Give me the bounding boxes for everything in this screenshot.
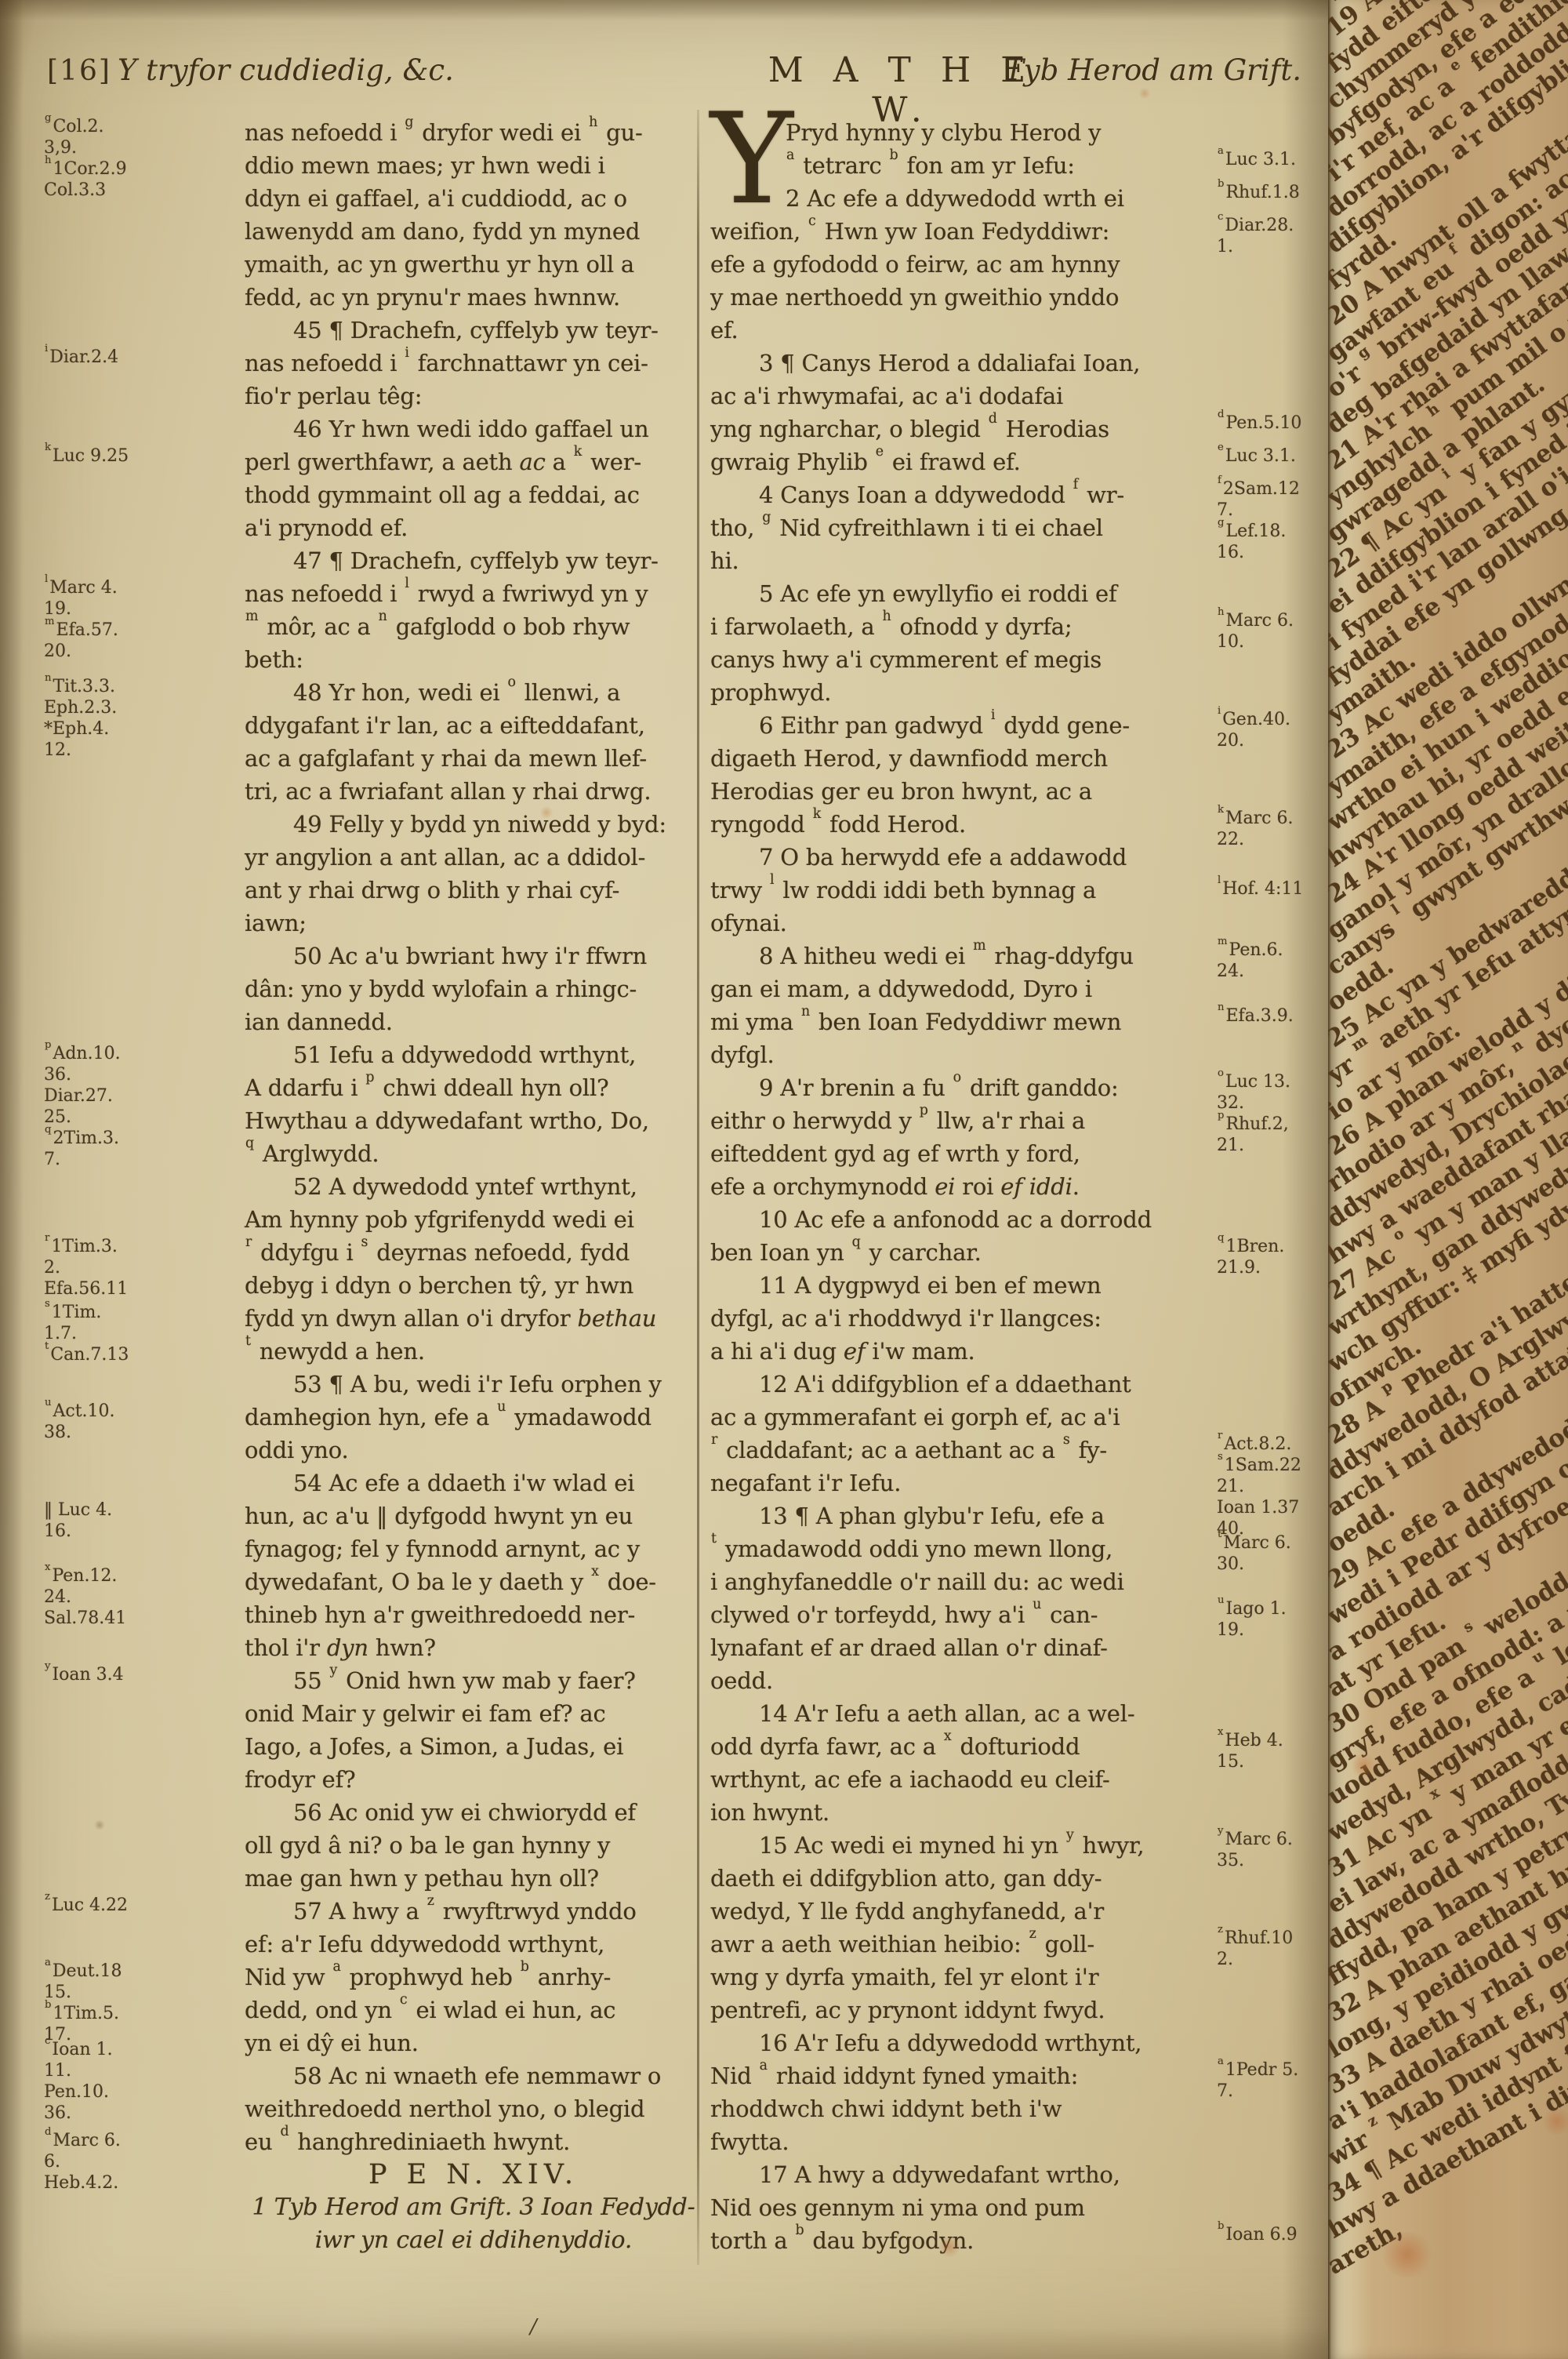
text-line: 10 Ac efe a anfonodd ac a dorrodd bbox=[710, 1203, 1207, 1236]
text-line: ymaith, ac yn gwerthu yr hyn oll a bbox=[245, 248, 702, 281]
right-text-column: YPryd hynny y clybu Herod ya tetrarc b f… bbox=[710, 116, 1207, 2257]
text-line: thol i'r dyn hwn? bbox=[245, 1631, 702, 1664]
text-line: 52 A dywedodd yntef wrthynt, bbox=[245, 1170, 702, 1203]
margin-note: iDiar.2.4 bbox=[44, 347, 118, 368]
text-line: 8 A hitheu wedi ei m rhag-ddyfgu bbox=[710, 940, 1207, 972]
text-line: canys hwy a'i cymmerent ef megis bbox=[710, 643, 1207, 676]
margin-note: r1Tim.3.2.Efa.56.11 bbox=[44, 1236, 128, 1299]
margin-note: lMarc 4.19.mEfa.57.20. bbox=[44, 577, 118, 662]
text-line: hun, ac a'u ‖ dyfgodd hwynt yn eu bbox=[245, 1499, 702, 1532]
text-line: ofynai. bbox=[710, 907, 1207, 940]
text-line: 55 y Onid hwn yw mab y faer? bbox=[245, 1664, 702, 1697]
book-page-scan: [16] Y tryfor cuddiedig, &c. M A T H E W… bbox=[0, 0, 1568, 2359]
text-line: pentrefi, ac y prynont iddynt fwyd. bbox=[710, 1994, 1207, 2026]
text-line: 54 Ac efe a ddaeth i'w wlad ei bbox=[245, 1467, 702, 1499]
text-line: beth: bbox=[245, 643, 702, 676]
margin-note: zLuc 4.22 bbox=[44, 1895, 128, 1916]
margin-note: dMarc 6.6.Heb.4.2. bbox=[44, 2130, 121, 2194]
text-line: fwytta. bbox=[710, 2125, 1207, 2158]
text-line: P E N. XIV. bbox=[245, 2158, 702, 2191]
margin-note: oLuc 13.32.pRhuf.2,21. bbox=[1217, 1071, 1290, 1156]
text-line: fedd, ac yn prynu'r maes hwnnw. bbox=[245, 281, 702, 314]
text-line: oll gyd â ni? o ba le gan hynny y bbox=[245, 1829, 702, 1862]
text-line: Am hynny pob yfgrifenydd wedi ei bbox=[245, 1203, 702, 1236]
text-line: 17 A hwy a ddywedafant wrtho, bbox=[710, 2158, 1207, 2191]
text-line: 16 A'r Iefu a ddywedodd wrthynt, bbox=[710, 2026, 1207, 2059]
text-line: q Arglwydd. bbox=[245, 1137, 702, 1170]
text-line: ef: a'r Iefu ddywedodd wrthynt, bbox=[245, 1928, 702, 1961]
text-line: 48 Yr hon, wedi ei o llenwi, a bbox=[245, 676, 702, 709]
text-line: fynagog; fel y fynnodd arnynt, ac y bbox=[245, 1532, 702, 1565]
text-line: eithr o herwydd y p llw, a'r rhai a bbox=[710, 1104, 1207, 1137]
text-line: 58 Ac ni wnaeth efe nemmawr o bbox=[245, 2059, 702, 2092]
text-line: frodyr ef? bbox=[245, 1763, 702, 1796]
text-line: i farwolaeth, a h ofnodd y dyrfa; bbox=[710, 610, 1207, 643]
page-crease-shadow bbox=[1283, 0, 1328, 2359]
text-line: 3 ¶ Canys Herod a ddaliafai Ioan, bbox=[710, 347, 1207, 380]
text-line: ef. bbox=[710, 314, 1207, 347]
text-line: iawn; bbox=[245, 907, 702, 940]
text-line: 6 Eithr pan gadwyd i dydd gene- bbox=[710, 709, 1207, 742]
text-line: dyfgl. bbox=[710, 1038, 1207, 1071]
text-line: Nid a rhaid iddynt fyned ymaith: bbox=[710, 2059, 1207, 2092]
text-line: weithredoedd nerthol yno, o blegid bbox=[245, 2092, 702, 2125]
margin-note: aDeut.1815.b1Tim.5.17. bbox=[44, 1961, 122, 2045]
text-line: oedd. bbox=[710, 1664, 1207, 1697]
text-line: Nid oes gennym ni yma ond pum bbox=[710, 2191, 1207, 2224]
text-line: lawenydd am dano, fydd yn myned bbox=[245, 215, 702, 248]
text-line: 15 Ac wedi ei myned hi yn y hwyr, bbox=[710, 1829, 1207, 1862]
margin-note: cIoan 1.11.Pen.10.36. bbox=[44, 2039, 113, 2124]
text-line: dyfgl, ac a'i rhoddwyd i'r llangces: bbox=[710, 1302, 1207, 1335]
text-line: 50 Ac a'u bwriant hwy i'r ffwrn bbox=[245, 940, 702, 972]
text-line: perl gwerthfawr, a aeth ac a k wer- bbox=[245, 445, 702, 478]
text-line: a tetrarc b fon am yr Iefu: bbox=[710, 149, 1207, 182]
text-line: t newydd a hen. bbox=[245, 1335, 702, 1368]
text-line: efe a gyfododd o feirw, ac am hynny bbox=[710, 248, 1207, 281]
text-line: nas nefoedd i i farchnattawr yn cei- bbox=[245, 347, 702, 380]
text-line: 12 A'i ddifgyblion ef a ddaethant bbox=[710, 1368, 1207, 1401]
page-left-shadow bbox=[0, 0, 24, 2359]
text-line: 57 A hwy a z rwyftrwyd ynddo bbox=[245, 1895, 702, 1928]
margin-note: yIoan 3.4 bbox=[44, 1664, 124, 1685]
text-line: 2 Ac efe a ddywedodd wrth ei bbox=[710, 182, 1207, 215]
curled-next-page-edge: hwynt yma c i mi.19 Ac wedi gorchymynfyd… bbox=[1328, 0, 1568, 2359]
text-line: damhegion hyn, efe a u ymadawodd bbox=[245, 1401, 702, 1434]
margin-note: xHeb 4.15. bbox=[1217, 1730, 1283, 1772]
text-line: t ymadawodd oddi yno mewn llong, bbox=[710, 1532, 1207, 1565]
text-line: efe a orchymynodd ei roi ef iddi. bbox=[710, 1170, 1207, 1203]
text-line: r ddyfgu i s deyrnas nefoedd, fydd bbox=[245, 1236, 702, 1269]
text-line: thineb hyn a'r gweithredoedd ner- bbox=[245, 1598, 702, 1631]
text-line: wedyd, Y lle fydd anghyfanedd, a'r bbox=[710, 1895, 1207, 1928]
text-line: odd dyrfa fawr, ac a x dofturiodd bbox=[710, 1730, 1207, 1763]
text-line: eifteddent gyd ag ef wrth y ford, bbox=[710, 1137, 1207, 1170]
text-line: 9 A'r brenin a fu o drift ganddo: bbox=[710, 1071, 1207, 1104]
text-line: debyg i ddyn o berchen tŷ, yr hwn bbox=[245, 1269, 702, 1302]
margin-note: s1Tim.1.7.tCan.7.13 bbox=[44, 1302, 129, 1365]
text-line: 11 A dygpwyd ei ben ef mewn bbox=[710, 1269, 1207, 1302]
text-line: 47 ¶ Drachefn, cyffelyb yw teyr- bbox=[245, 544, 702, 577]
text-line: ddyn ei gaffael, a'i cuddiodd, ac o bbox=[245, 182, 702, 215]
text-line: ant y rhai drwg o blith y rhai cyf- bbox=[245, 874, 702, 907]
text-line: 1 Tyb Herod am Grift. 3 Ioan Fedydd- bbox=[245, 2191, 702, 2224]
text-line: negafant i'r Iefu. bbox=[710, 1467, 1207, 1499]
margin-note: xPen.12.24.Sal.78.41 bbox=[44, 1565, 126, 1629]
text-line: i anghyfaneddle o'r naill du: ac wedi bbox=[710, 1565, 1207, 1598]
margin-note: pAdn.10.36.Diar.27.25.q2Tim.3.7. bbox=[44, 1043, 121, 1170]
text-line: ddygafant i'r lan, ac a eifteddafant, bbox=[245, 709, 702, 742]
text-line: ddio mewn maes; yr hwn wedi i bbox=[245, 149, 702, 182]
drop-cap-initial: Y bbox=[710, 116, 786, 213]
text-line: dedd, ond yn c ei wlad ei hun, ac bbox=[245, 1994, 702, 2026]
text-line: 13 ¶ A phan glybu'r Iefu, efe a bbox=[710, 1499, 1207, 1532]
text-line: 14 A'r Iefu a aeth allan, ac a wel- bbox=[710, 1697, 1207, 1730]
margin-note: ‖ Luc 4.16. bbox=[44, 1499, 112, 1542]
text-line: ac a gafglafant y rhai da mewn llef- bbox=[245, 742, 702, 775]
text-line: A ddarfu i p chwi ddeall hyn oll? bbox=[245, 1071, 702, 1104]
text-line: y mae nerthoedd yn gweithio ynddo bbox=[710, 281, 1207, 314]
margin-note: gCol.2.3,9.h1Cor.2.9Col.3.3 bbox=[44, 116, 127, 201]
text-line: fydd yn dwyn allan o'i dryfor bethau bbox=[245, 1302, 702, 1335]
margin-note: uAct.10.38. bbox=[44, 1401, 115, 1443]
text-line: iwr yn cael ei ddihenyddio. bbox=[245, 2224, 702, 2257]
text-line: m môr, ac a n gafglodd o bob rhyw bbox=[245, 610, 702, 643]
text-line: mi yma n ben Ioan Fedyddiwr mewn bbox=[710, 1005, 1207, 1038]
text-line: ryngodd k fodd Herod. bbox=[710, 808, 1207, 841]
text-line: rhoddwch chwi iddynt beth i'w bbox=[710, 2092, 1207, 2125]
text-line: onid Mair y gelwir ei fam ef? ac bbox=[245, 1697, 702, 1730]
margin-note: uIago 1.19. bbox=[1217, 1598, 1287, 1641]
margin-note: kMarc 6.22. bbox=[1217, 808, 1293, 850]
text-line: ac a'i rhwymafai, ac a'i dodafai bbox=[710, 380, 1207, 413]
margin-note: mPen.6.24. bbox=[1217, 940, 1283, 982]
text-line: yr angylion a ant allan, ac a ddidol- bbox=[245, 841, 702, 874]
text-line: Hwythau a ddywedafant wrtho, Do, bbox=[245, 1104, 702, 1137]
text-line: 49 Felly y bydd yn niwedd y byd: bbox=[245, 808, 702, 841]
text-line: nas nefoedd i l rwyd a fwriwyd yn y bbox=[245, 577, 702, 610]
text-line: 4 Canys Ioan a ddywedodd f wr- bbox=[710, 478, 1207, 511]
text-line: yng ngharchar, o blegid d Herodias bbox=[710, 413, 1207, 445]
text-line: digaeth Herod, y dawnfiodd merch bbox=[710, 742, 1207, 775]
left-margin-references: gCol.2.3,9.h1Cor.2.9Col.3.3iDiar.2.4kLuc… bbox=[44, 0, 241, 2359]
text-line: Iago, a Jofes, a Simon, a Judas, ei bbox=[245, 1730, 702, 1763]
text-line: prophwyd. bbox=[710, 676, 1207, 709]
text-line: tri, ac a fwriafant allan y rhai drwg. bbox=[245, 775, 702, 808]
text-line: 7 O ba herwydd efe a addawodd bbox=[710, 841, 1207, 874]
text-line: clywed o'r torfeydd, hwy a'i u can- bbox=[710, 1598, 1207, 1631]
text-line: nas nefoedd i g dryfor wedi ei h gu- bbox=[245, 116, 702, 149]
text-line: hi. bbox=[710, 544, 1207, 577]
text-line: 51 Iefu a ddywedodd wrthynt, bbox=[245, 1038, 702, 1071]
text-line: r claddafant; ac a aethant ac a s fy- bbox=[710, 1434, 1207, 1467]
margin-note: nTit.3.3.Eph.2.3.*Eph.4.12. bbox=[44, 676, 117, 761]
text-line: wng y dyrfa ymaith, fel yr elont i'r bbox=[710, 1961, 1207, 1994]
text-line: awr a aeth weithian heibio: z goll- bbox=[710, 1928, 1207, 1961]
text-line: 46 Yr hwn wedi iddo gaffael un bbox=[245, 413, 702, 445]
text-line: a hi a'i dug ef i'w mam. bbox=[710, 1335, 1207, 1368]
text-line: eu d hanghrediniaeth hwynt. bbox=[245, 2125, 702, 2158]
text-line: 53 ¶ A bu, wedi i'r Iefu orphen y bbox=[245, 1368, 702, 1401]
text-line: weifion, c Hwn yw Ioan Fedyddiwr: bbox=[710, 215, 1207, 248]
margin-note: tMarc 6.30. bbox=[1217, 1532, 1291, 1575]
stray-ink-mark: / bbox=[530, 2315, 537, 2339]
text-line: lynafant ef ar draed allan o'r dinaf- bbox=[710, 1631, 1207, 1664]
text-line: Pryd hynny y clybu Herod y bbox=[710, 116, 1207, 149]
text-line: fio'r perlau têg: bbox=[245, 380, 702, 413]
text-line: ion hwynt. bbox=[710, 1796, 1207, 1829]
text-line: 56 Ac onid yw ei chwiorydd ef bbox=[245, 1796, 702, 1829]
text-line: thodd gymmaint oll ag a feddai, ac bbox=[245, 478, 702, 511]
text-line: Herodias ger eu bron hwynt, ac a bbox=[710, 775, 1207, 808]
text-line: gwraig Phylib e ei frawd ef. bbox=[710, 445, 1207, 478]
text-line: a'i prynodd ef. bbox=[245, 511, 702, 544]
left-text-column: nas nefoedd i g dryfor wedi ei h gu-ddio… bbox=[245, 116, 702, 2257]
text-line: daeth ei ddifgyblion atto, gan ddy- bbox=[710, 1862, 1207, 1895]
text-line: ac a gymmerafant ei gorph ef, ac a'i bbox=[710, 1401, 1207, 1434]
text-line: yn ei dŷ ei hun. bbox=[245, 2026, 702, 2059]
margin-note: q1Bren.21.9. bbox=[1217, 1236, 1284, 1278]
margin-note: iGen.40.20. bbox=[1217, 709, 1290, 751]
margin-note: zRhuf.102. bbox=[1217, 1928, 1293, 1970]
text-line: trwy l lw roddi iddi beth bynnag a bbox=[710, 874, 1207, 907]
text-line: dân: yno y bydd wylofain a rhingc- bbox=[245, 972, 702, 1005]
text-line: mae gan hwn y pethau hyn oll? bbox=[245, 1862, 702, 1895]
text-line: ben Ioan yn q y carchar. bbox=[710, 1236, 1207, 1269]
text-line: dywedafant, O ba le y daeth y x doe- bbox=[245, 1565, 702, 1598]
text-line: torth a b dau byfgodyn. bbox=[710, 2224, 1207, 2257]
text-line: 5 Ac efe yn ewyllyfio ei roddi ef bbox=[710, 577, 1207, 610]
text-line: ian dannedd. bbox=[245, 1005, 702, 1038]
margin-note: yMarc 6.35. bbox=[1217, 1829, 1293, 1871]
margin-note: kLuc 9.25 bbox=[44, 445, 129, 467]
text-line: wrthynt, ac efe a iachaodd eu cleif- bbox=[710, 1763, 1207, 1796]
text-line: oddi yno. bbox=[245, 1434, 702, 1467]
text-line: 45 ¶ Drachefn, cyffelyb yw teyr- bbox=[245, 314, 702, 347]
text-line: tho, g Nid cyfreithlawn i ti ei chael bbox=[710, 511, 1207, 544]
text-line: gan ei mam, a ddywedodd, Dyro i bbox=[710, 972, 1207, 1005]
text-line: Nid yw a prophwyd heb b anrhy- bbox=[245, 1961, 702, 1994]
